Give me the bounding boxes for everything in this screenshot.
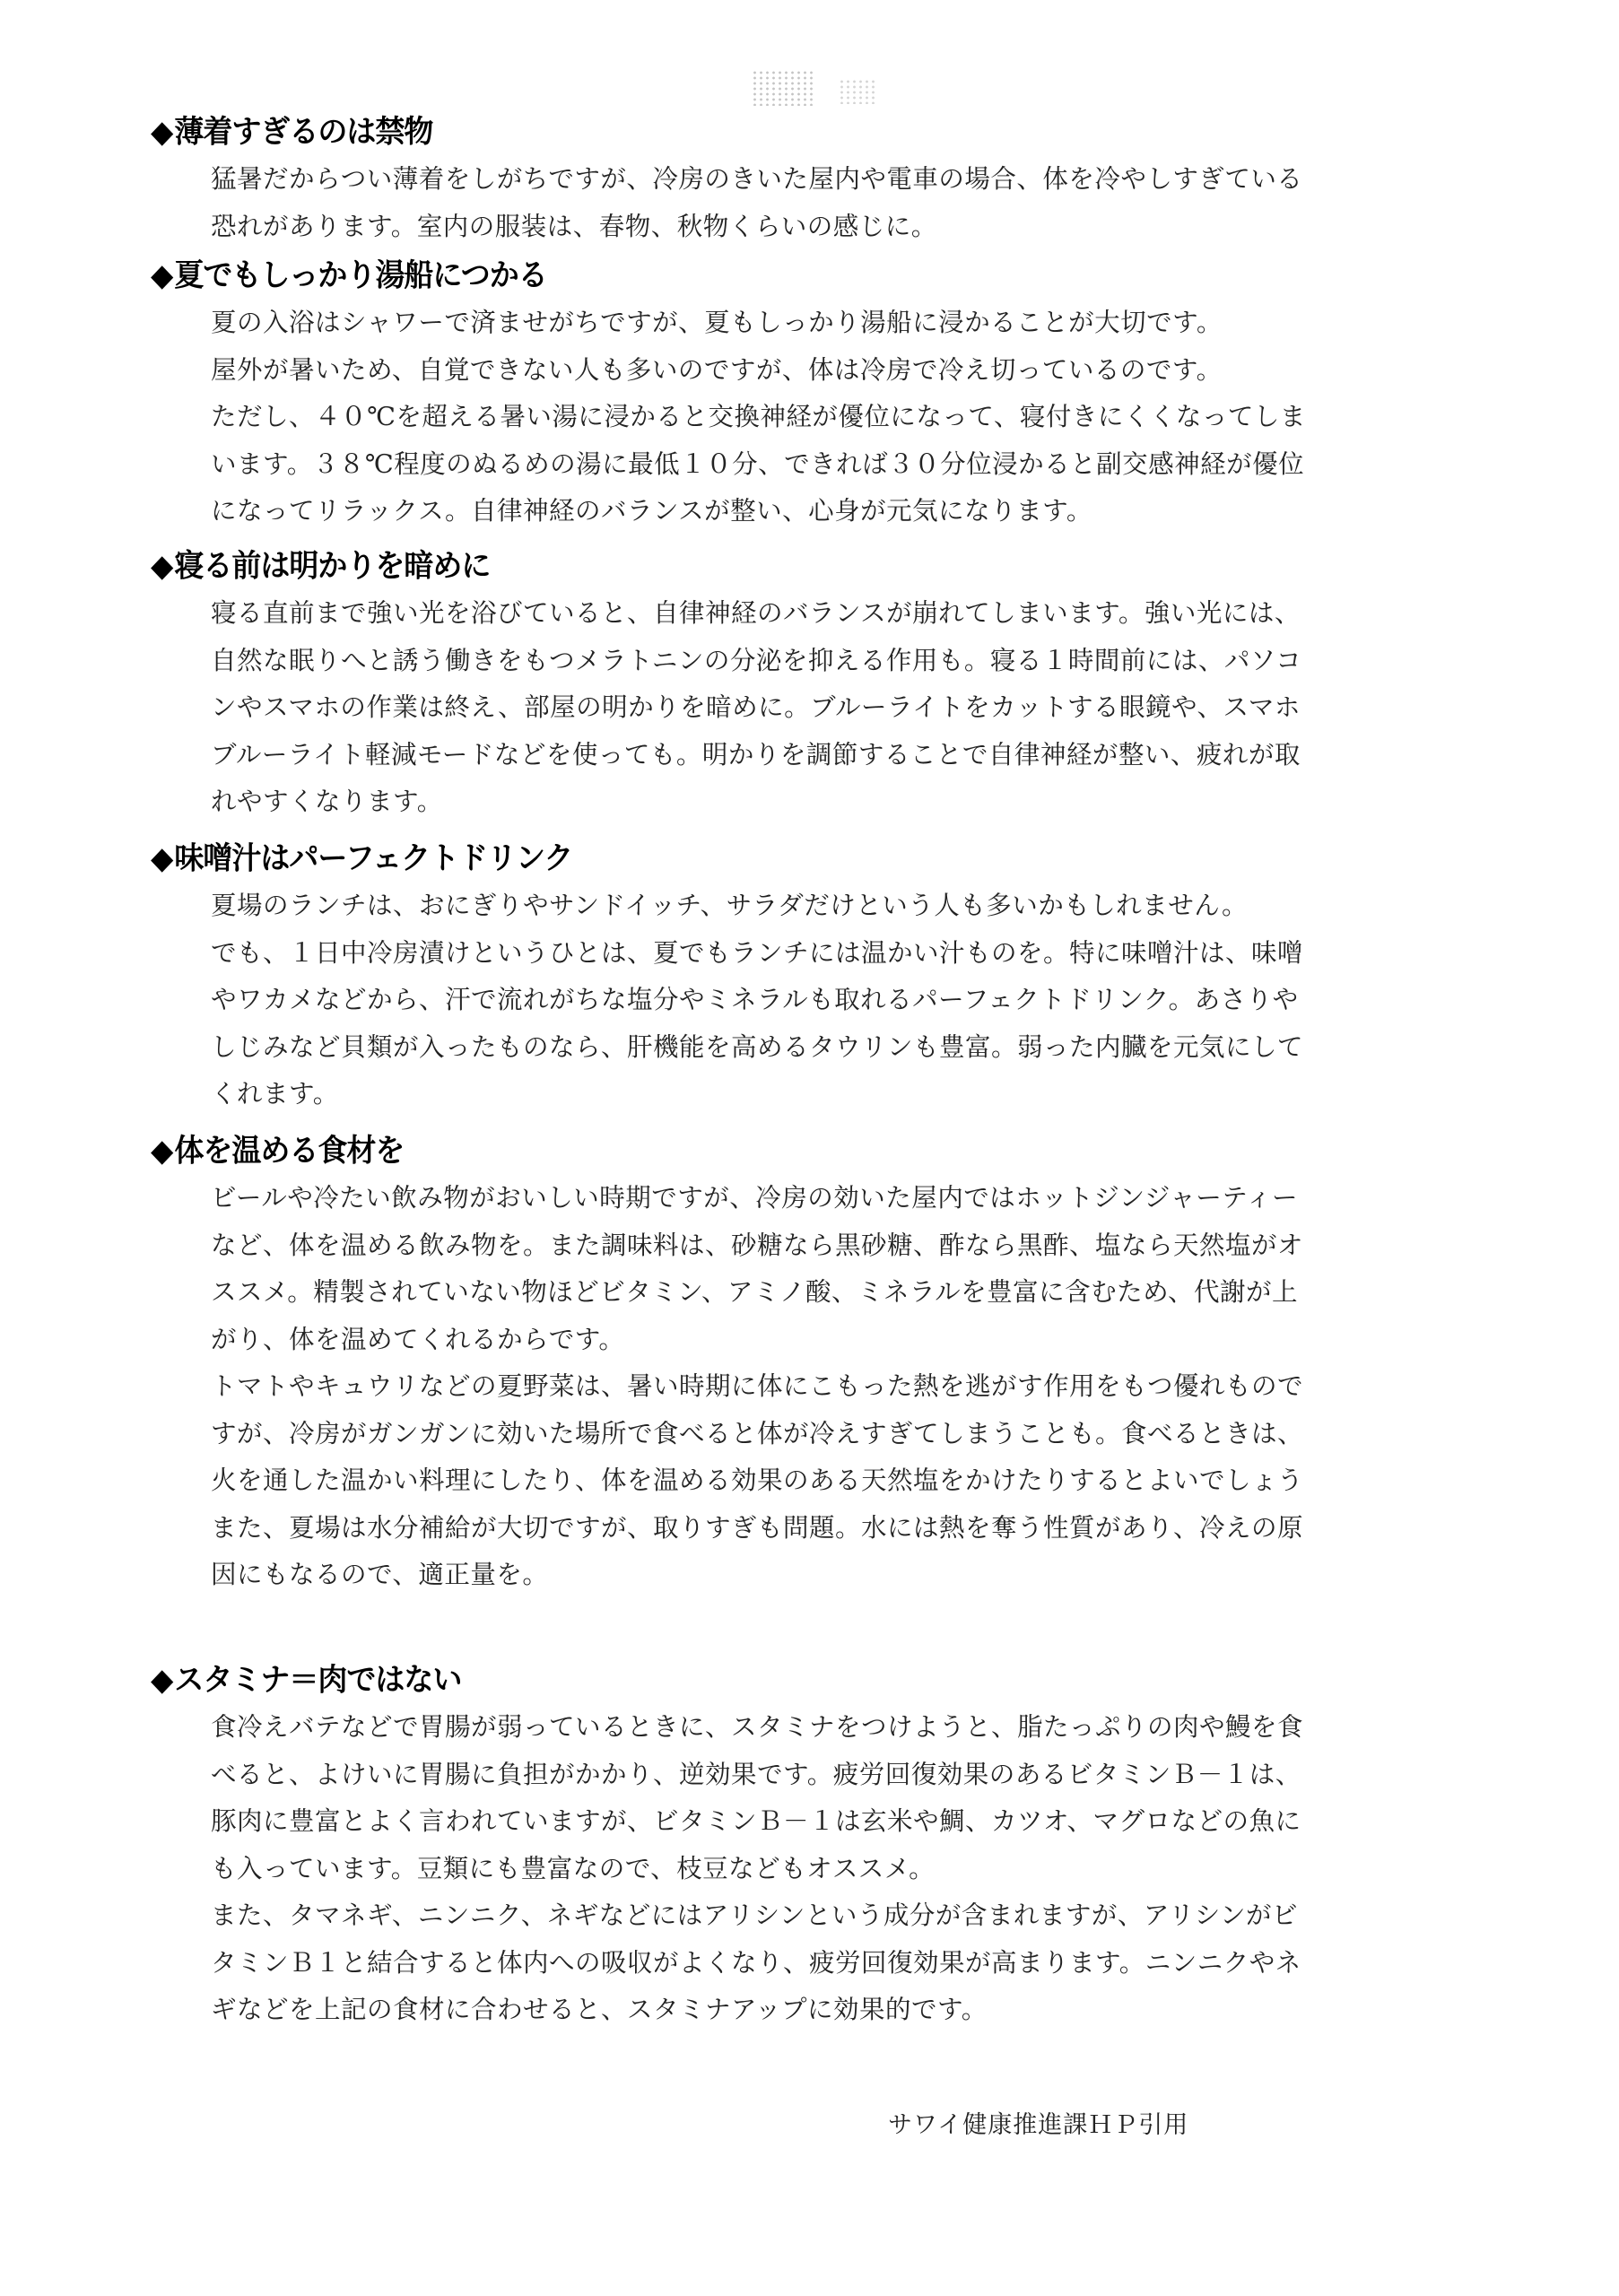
body-line: 屋外が暑いため、自覚できない人も多いのですが、体は冷房で冷え切っているのです。 (211, 347, 1442, 395)
heading-text: 味噌汁はパーフェクトドリンク (174, 839, 572, 876)
section-heading: ◆体を温める食材を (151, 1132, 1442, 1170)
body-line: また、夏場は水分補給が大切ですが、取りすぎも問題。水には熱を奪う性質があり、冷え… (211, 1505, 1442, 1552)
section-stamina: ◆スタミナ＝肉ではない 食冷えバテなどで胃腸が弱っているときに、スタミナをつけよ… (151, 1662, 1442, 2034)
diamond-bullet-icon: ◆ (151, 1661, 172, 1699)
body-line: います。３８℃程度のぬるめの湯に最低１０分、できれば３０分位浸かると副交感神経が… (211, 441, 1442, 489)
body-line: 火を通した温かい料理にしたり、体を温める効果のある天然塩をかけたりするとよいでし… (211, 1457, 1442, 1505)
body-line: 夏の入浴はシャワーで済ませがちですが、夏もしっかり湯船に浸かることが大切です。 (211, 300, 1442, 347)
diamond-bullet-icon: ◆ (151, 113, 172, 151)
section-dim-lights: ◆寝る前は明かりを暗めに 寝る直前まで強い光を浴びていると、自律神経のバランスが… (151, 548, 1442, 826)
section-heading: ◆味噌汁はパーフェクトドリンク (151, 839, 1442, 877)
scan-artifact (839, 79, 875, 104)
body-line: ビールや冷たい飲み物がおいしい時期ですが、冷房の効いた屋内ではホットジンジャーテ… (211, 1175, 1442, 1222)
body-line: ブルーライト軽減モードなどを使っても。明かりを調節することで自律神経が整い、疲れ… (211, 732, 1442, 779)
body-line: 自然な眠りへと誘う働きをもつメラトニンの分泌を抑える作用も。寝る１時間前には、パ… (211, 638, 1442, 685)
heading-text: 寝る前は明かりを暗めに (174, 547, 490, 584)
body-line: ギなどを上記の食材に合わせると、スタミナアップに効果的です。 (211, 1987, 1442, 2034)
diamond-bullet-icon: ◆ (151, 1132, 172, 1170)
body-line: タミンＢ１と結合すると体内への吸収がよくなり、疲労回復効果が高まります。ニンニク… (211, 1940, 1442, 1987)
section-warming-foods: ◆体を温める食材を ビールや冷たい飲み物がおいしい時期ですが、冷房の効いた屋内で… (151, 1133, 1442, 1599)
body-line: 猛暑だからつい薄着をしがちですが、冷房のきいた屋内や電車の場合、体を冷やしすぎて… (211, 156, 1442, 204)
section-miso-soup: ◆味噌汁はパーフェクトドリンク 夏場のランチは、おにぎりやサンドイッチ、サラダだ… (151, 840, 1442, 1118)
section-light-clothing: ◆薄着すぎるのは禁物 猛暑だからつい薄着をしがちですが、冷房のきいた屋内や電車の… (151, 114, 1442, 250)
body-line: 食冷えバテなどで胃腸が弱っているときに、スタミナをつけようと、脂たっぷりの肉や鰻… (211, 1704, 1442, 1752)
diamond-bullet-icon: ◆ (151, 257, 172, 294)
document-page: ◆薄着すぎるのは禁物 猛暑だからつい薄着をしがちですが、冷房のきいた屋内や電車の… (0, 0, 1619, 2296)
body-line: すが、冷房がガンガンに効いた場所で食べると体が冷えすぎてしまうことも。食べるとき… (211, 1411, 1442, 1458)
section-heading: ◆薄着すぎるのは禁物 (151, 113, 1442, 151)
heading-text: 薄着すぎるのは禁物 (174, 113, 432, 150)
body-line: また、タマネギ、ニンニク、ネギなどにはアリシンという成分が含まれますが、アリシン… (211, 1892, 1442, 1940)
heading-text: 夏でもしっかり湯船につかる (174, 257, 546, 293)
diamond-bullet-icon: ◆ (151, 839, 172, 877)
heading-text: スタミナ＝肉ではない (174, 1661, 461, 1698)
body-line: 夏場のランチは、おにぎりやサンドイッチ、サラダだけという人も多いかもしれません。 (211, 883, 1442, 930)
body-line: ンやスマホの作業は終え、部屋の明かりを暗めに。ブルーライトをカットする眼鏡や、ス… (211, 684, 1442, 732)
body-line: がり、体を温めてくれるからです。 (211, 1317, 1442, 1364)
body-line: ただし、４０℃を超える暑い湯に浸かると交換神経が優位になって、寝付きにくくなって… (211, 394, 1442, 441)
body-line: 恐れがあります。室内の服装は、春物、秋物くらいの感じに。 (211, 204, 1442, 251)
body-line: 寝る直前まで強い光を浴びていると、自律神経のバランスが崩れてしまいます。強い光に… (211, 590, 1442, 638)
body-line: 豚肉に豊富とよく言われていますが、ビタミンＢ－１は玄米や鯛、カツオ、マグロなどの… (211, 1798, 1442, 1846)
body-line: 因にもなるので、適正量を。 (211, 1552, 1442, 1599)
body-line: トマトやキュウリなどの夏野菜は、暑い時期に体にこもった熱を逃がす作用をもつ優れも… (211, 1363, 1442, 1411)
diamond-bullet-icon: ◆ (151, 547, 172, 585)
section-heading: ◆夏でもしっかり湯船につかる (151, 257, 1442, 294)
heading-text: 体を温める食材を (174, 1132, 404, 1169)
body-line: れやすくなります。 (211, 778, 1442, 826)
body-line: しじみなど貝類が入ったものなら、肝機能を高めるタウリンも豊富。弱った内臓を元気に… (211, 1024, 1442, 1072)
body-line: など、体を温める飲み物を。また調味料は、砂糖なら黒砂糖、酢なら黒酢、塩なら天然塩… (211, 1222, 1442, 1270)
body-line: も入っています。豆類にも豊富なので、枝豆などもオススメ。 (211, 1846, 1442, 1893)
body-line: べると、よけいに胃腸に負担がかかり、逆効果です。疲労回復効果のあるビタミンＢ－１… (211, 1752, 1442, 1799)
source-citation: サワイ健康推進課ＨＰ引用 (888, 2105, 1188, 2140)
body-line: やワカメなどから、汗で流れがちな塩分やミネラルも取れるパーフェクトドリンク。あさ… (211, 977, 1442, 1024)
body-line: になってリラックス。自律神経のバランスが整い、心身が元気になります。 (211, 488, 1442, 535)
body-line: ススメ。精製されていない物ほどビタミン、アミノ酸、ミネラルを豊富に含むため、代謝… (211, 1269, 1442, 1317)
section-heading: ◆寝る前は明かりを暗めに (151, 547, 1442, 585)
body-line: でも、１日中冷房漬けというひとは、夏でもランチには温かい汁ものを。特に味噌汁は、… (211, 930, 1442, 978)
section-bath: ◆夏でもしっかり湯船につかる 夏の入浴はシャワーで済ませがちですが、夏もしっかり… (151, 257, 1442, 535)
scan-artifact (752, 70, 814, 106)
section-heading: ◆スタミナ＝肉ではない (151, 1661, 1442, 1699)
body-line: くれます。 (211, 1071, 1442, 1118)
